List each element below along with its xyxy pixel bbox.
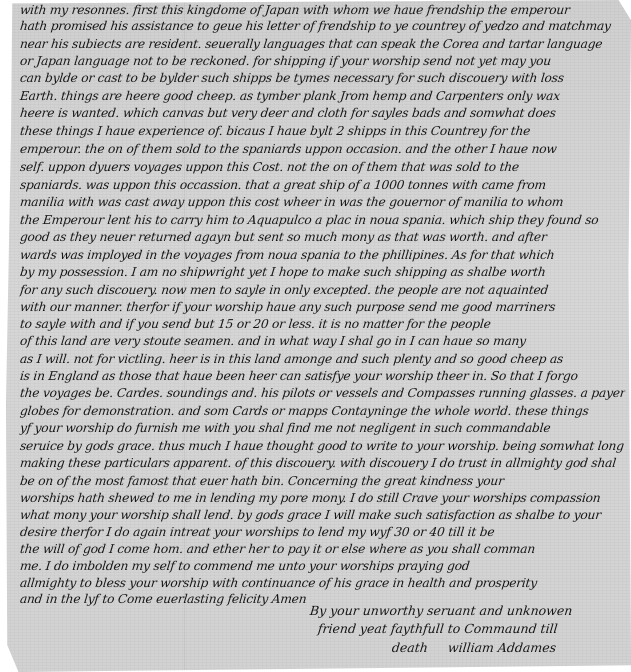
letter-line: heere is wanted. which canvas but very d… [19,103,626,123]
letter-line: the voyages be. Cardes. soundings and. h… [19,383,626,403]
closing-line: death [391,640,429,655]
letter-line: these things I haue experience of. bicau… [19,121,626,141]
signature: william Addames [447,640,557,655]
letter-line: of this land are very stoute seamen. and… [19,331,626,351]
letter-line: self. uppon dyuers voyages uppon this Co… [19,157,626,177]
letter-line: making these particulars apparent. of th… [19,453,626,473]
letter-line: hath promised his assistance to geue his… [19,16,626,36]
letter-line: manilia with was cast away uppon this co… [19,192,626,212]
letter-line: by my possession. I am no shipwright yet… [19,262,626,282]
letter-line: good as they neuer returned agayn but se… [19,227,626,247]
closing-line: By your unworthy seruant and unknowen [309,603,573,618]
letter-line: yf your worship do furnish me with you s… [19,418,626,438]
letter-line: emperour. the on of them sold to the spa… [19,139,626,159]
letter-line: can bylde or cast to be bylder such ship… [19,68,626,88]
closing-line: friend yeat faythfull to Commaund till [317,621,558,636]
